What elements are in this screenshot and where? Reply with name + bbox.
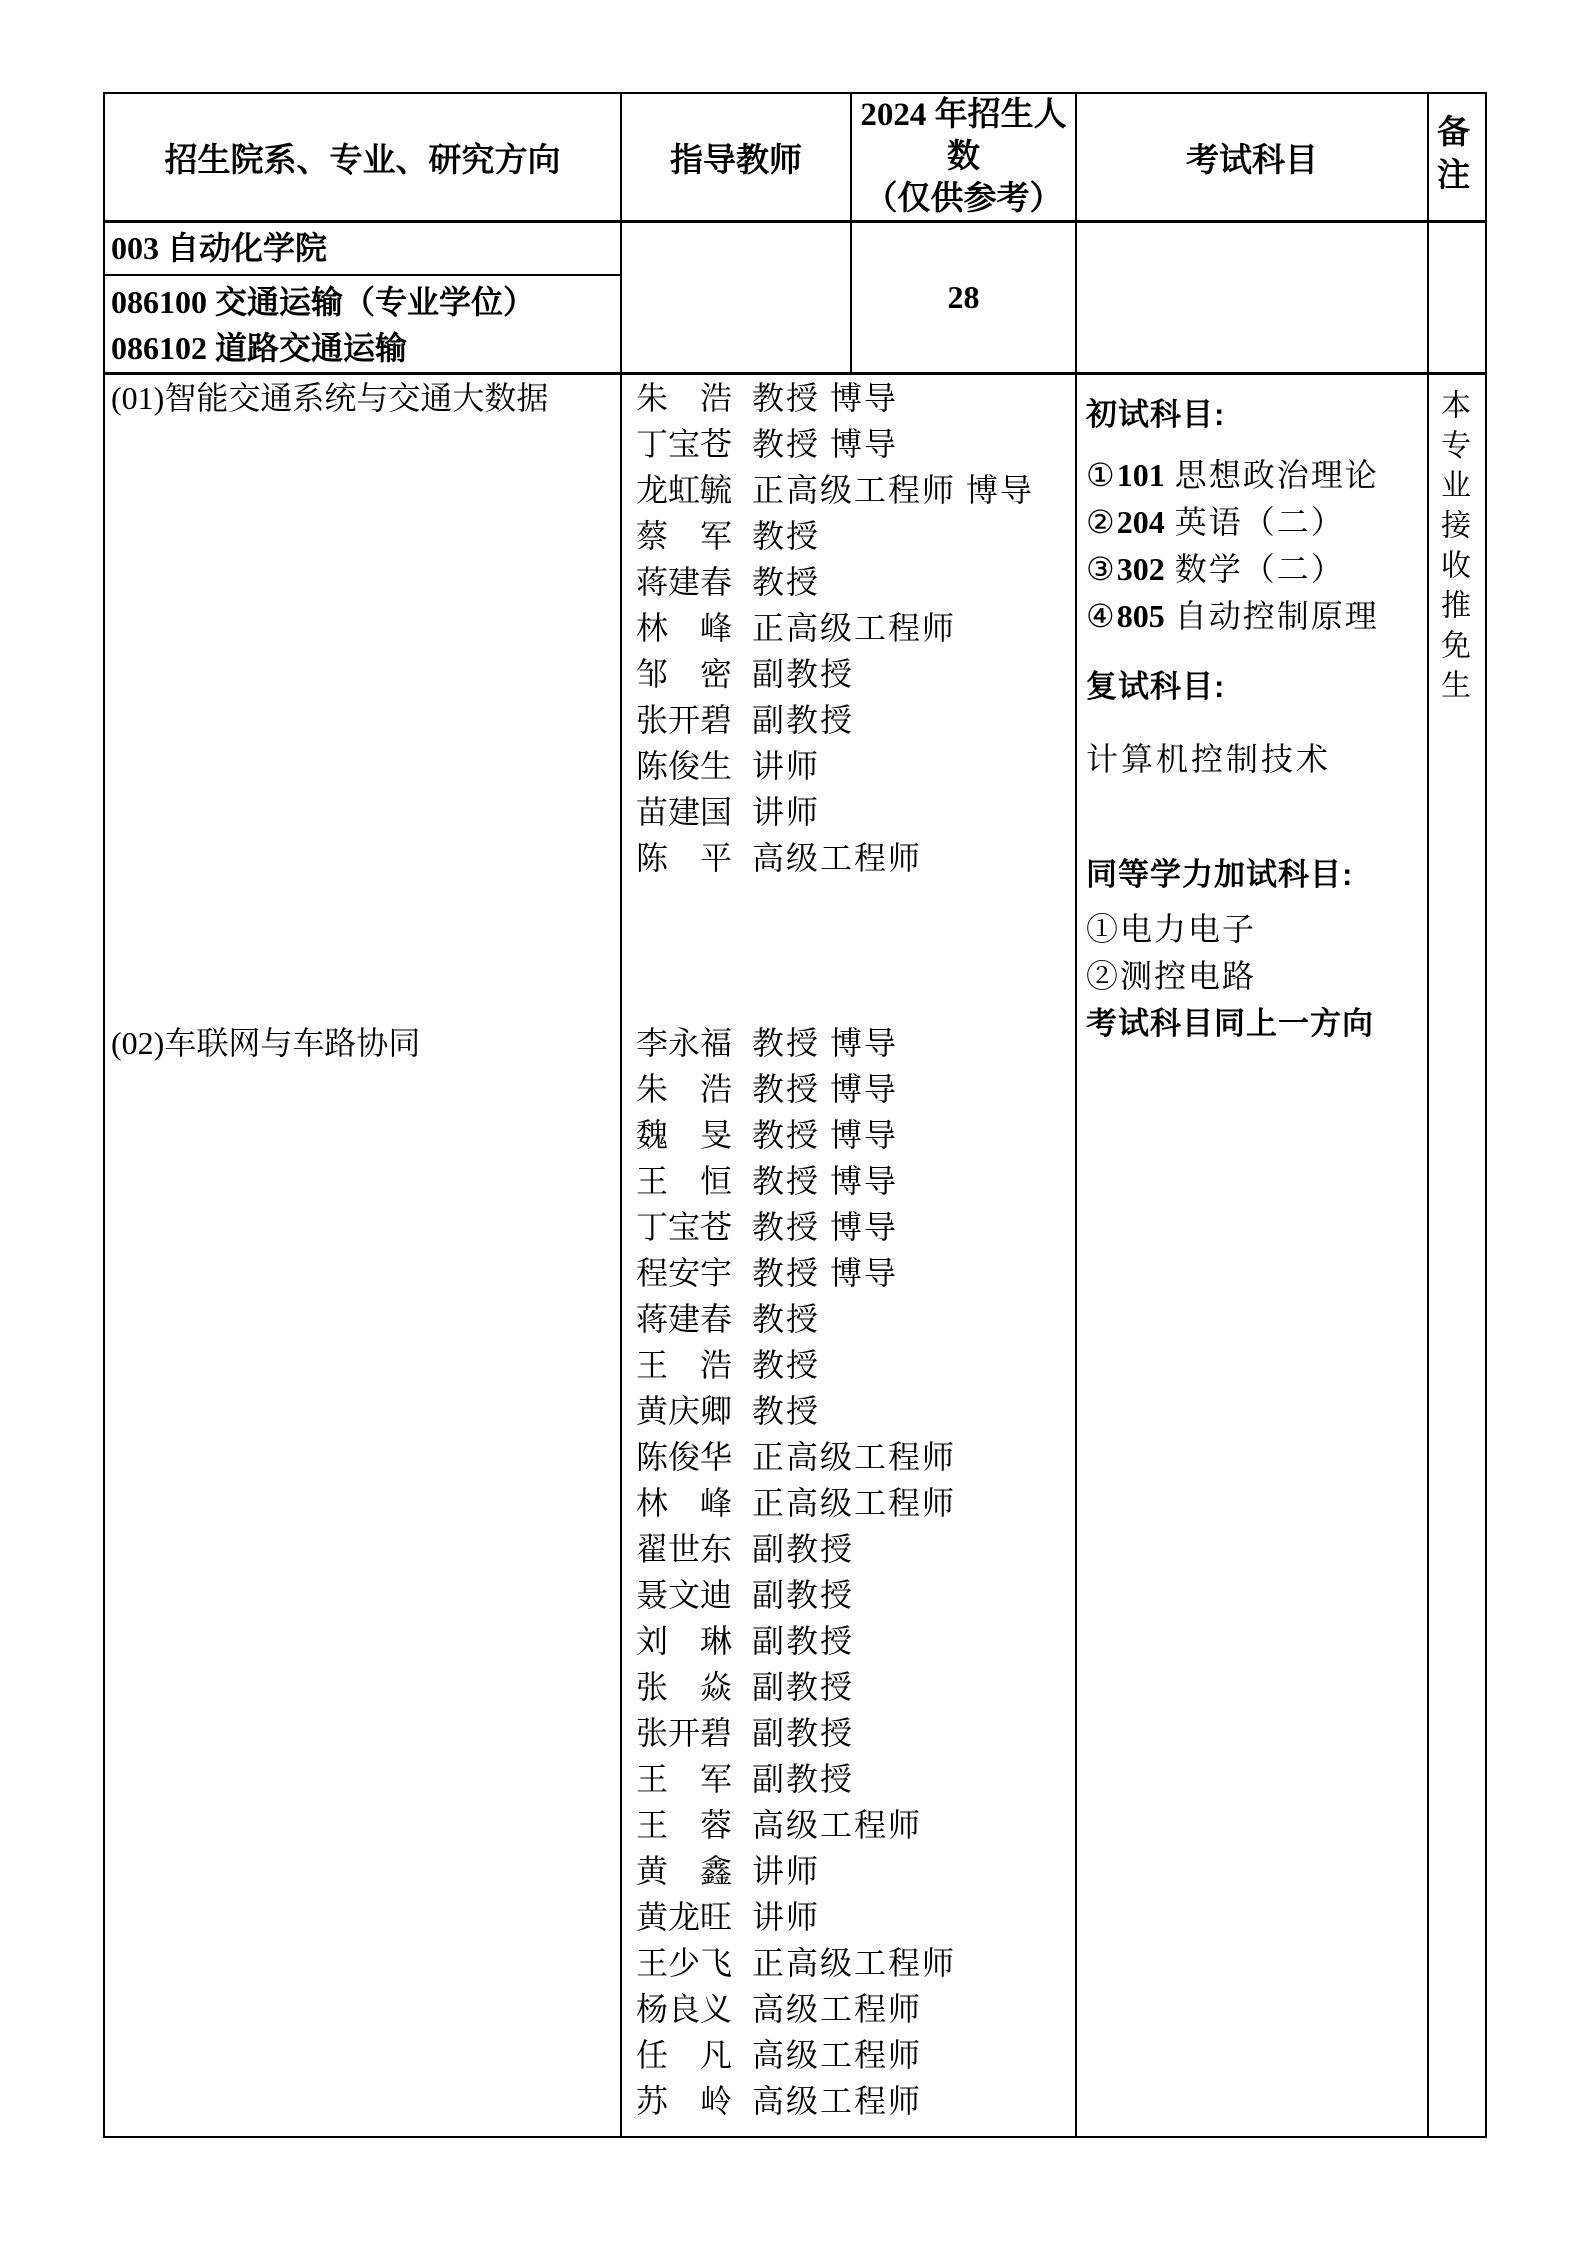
advisor-title: 教授 博导 [752, 1209, 898, 1245]
advisor-name: 林 峰 [636, 605, 736, 651]
advisor-name: 林 峰 [636, 1480, 736, 1526]
advisor-row: 王 蓉高级工程师 [636, 1802, 1075, 1848]
header-remarks-label: 备注 [1440, 114, 1474, 200]
exam-subject: ③302数学（二） [1086, 546, 1427, 593]
advisor-empty-cell [621, 222, 851, 374]
advisor-title: 正高级工程师 [752, 1945, 956, 1981]
advisor-title: 教授 博导 [752, 1255, 898, 1291]
subject-code: 302 [1117, 551, 1165, 587]
header-enrollment-line2: （仅供参考） [854, 178, 1073, 220]
subject-badge: ① [1086, 911, 1120, 947]
advisor-list-direction-02: 李永福教授 博导 朱 浩教授 博导 魏 旻教授 博导 王 恒教授 博导 [636, 1020, 1075, 2124]
advisor-name: 丁宝苍 [636, 421, 736, 467]
program-cell: 086100 交通运输（专业学位） 086102 道路交通运输 [104, 275, 621, 374]
advisor-row: 张开碧副教授 [636, 1710, 1075, 1756]
exam-empty-cell [1076, 222, 1428, 374]
subject-name: 思想政治理论 [1175, 457, 1379, 493]
table-header-row: 招生院系、专业、研究方向 指导教师 2024 年招生人数 （仅供参考） 考试科目… [104, 93, 1486, 222]
advisor-title: 教授 博导 [752, 1025, 898, 1061]
advisor-row: 魏 旻教授 博导 [636, 1112, 1075, 1158]
exam-subject: ①101思想政治理论 [1086, 452, 1427, 499]
advisor-name: 朱 浩 [636, 1066, 736, 1112]
advisor-title: 正高级工程师 [752, 1439, 956, 1475]
advisor-row: 蒋建春教授 [636, 1296, 1075, 1342]
equivalency-subject: ①电力电子 [1086, 906, 1427, 953]
advisor-name: 邹 密 [636, 651, 736, 697]
advisor-name: 朱 浩 [636, 375, 736, 421]
advisor-row: 李永福教授 博导 [636, 1020, 1075, 1066]
advisor-name: 黄庆卿 [636, 1388, 736, 1434]
retest-subject: 计算机控制技术 [1086, 736, 1427, 783]
advisor-row: 苏 岭高级工程师 [636, 2078, 1075, 2124]
advisor-row: 丁宝苍教授 博导 [636, 421, 1075, 467]
college-cell: 003 自动化学院 [104, 222, 621, 275]
advisor-title: 讲师 [752, 794, 820, 830]
advisor-title: 正高级工程师 [752, 1485, 956, 1521]
advisor-title: 讲师 [752, 1899, 820, 1935]
directions-row: (01)智能交通系统与交通大数据 (02)车联网与车路协同 朱 浩教授 博导 丁… [104, 374, 1486, 2137]
header-exam-subjects-label: 考试科目 [1186, 143, 1318, 179]
advisor-title: 副教授 [752, 656, 854, 692]
initial-exam-heading: 初试科目: [1086, 391, 1427, 438]
header-departments-majors-label: 招生院系、专业、研究方向 [165, 143, 561, 179]
advisor-row: 苗建国讲师 [636, 789, 1075, 835]
advisor-row: 王 恒教授 博导 [636, 1158, 1075, 1204]
advisor-title: 教授 [752, 1301, 820, 1337]
advisor-title: 教授 博导 [752, 1163, 898, 1199]
advisor-row: 黄庆卿教授 [636, 1388, 1075, 1434]
advisor-title: 正高级工程师 [752, 610, 956, 646]
advisor-title: 教授 博导 [752, 426, 898, 462]
advisor-row: 刘 琳副教授 [636, 1618, 1075, 1664]
advisor-row: 王少飞正高级工程师 [636, 1940, 1075, 1986]
advisor-title: 副教授 [752, 1577, 854, 1613]
advisor-row: 张 焱副教授 [636, 1664, 1075, 1710]
advisor-row: 聂文迪副教授 [636, 1572, 1075, 1618]
header-advisors-label: 指导教师 [670, 143, 802, 179]
advisor-name: 王少飞 [636, 1940, 736, 1986]
advisor-name: 程安宇 [636, 1250, 736, 1296]
advisor-row: 王 军副教授 [636, 1756, 1075, 1802]
same-as-above-note: 考试科目同上一方向 [1086, 1000, 1427, 1047]
subject-badge: ② [1086, 958, 1120, 994]
advisor-row: 王 浩教授 [636, 1342, 1075, 1388]
header-departments-majors: 招生院系、专业、研究方向 [104, 93, 621, 222]
direction-02: (02)车联网与车路协同 [111, 1020, 620, 1066]
program-line-086102: 086102 道路交通运输 [111, 325, 614, 371]
subject-badge: ② [1086, 504, 1117, 540]
advisor-row: 林 峰正高级工程师 [636, 1480, 1075, 1526]
advisor-name: 魏 旻 [636, 1112, 736, 1158]
advisor-title: 讲师 [752, 1853, 820, 1889]
header-remarks: 备注 [1428, 93, 1486, 222]
advisor-row: 蒋建春教授 [636, 559, 1075, 605]
subject-badge: ④ [1086, 598, 1117, 634]
header-enrollment-line1: 2024 年招生人数 [854, 94, 1073, 178]
advisor-title: 高级工程师 [752, 840, 922, 876]
subject-name: 测控电路 [1120, 958, 1256, 994]
advisor-name: 王 军 [636, 1756, 736, 1802]
advisor-name: 翟世东 [636, 1526, 736, 1572]
advisor-row: 林 峰正高级工程师 [636, 605, 1075, 651]
advisor-name: 黄龙旺 [636, 1894, 736, 1940]
subject-code: 805 [1117, 598, 1165, 634]
advisor-name: 蔡 军 [636, 513, 736, 559]
subject-name: 数学（二） [1175, 551, 1345, 587]
advisor-name: 张 焱 [636, 1664, 736, 1710]
advisor-name: 龙虹毓 [636, 467, 736, 513]
subject-name: 自动控制原理 [1175, 598, 1379, 634]
advisor-row: 邹 密副教授 [636, 651, 1075, 697]
exam-subjects-cell: 初试科目: ①101思想政治理论 ②204英语（二） ③302数学（二） [1076, 374, 1428, 2137]
advisor-row: 翟世东副教授 [636, 1526, 1075, 1572]
research-directions-cell: (01)智能交通系统与交通大数据 (02)车联网与车路协同 [104, 374, 621, 2137]
advisor-row: 任 凡高级工程师 [636, 2032, 1075, 2078]
advisor-title: 副教授 [752, 1531, 854, 1567]
advisor-title: 讲师 [752, 748, 820, 784]
advisor-name: 苗建国 [636, 789, 736, 835]
advisor-row: 陈俊生讲师 [636, 743, 1075, 789]
advisor-title: 正高级工程师 博导 [752, 472, 1034, 508]
advisor-name: 蒋建春 [636, 559, 736, 605]
admissions-table: 招生院系、专业、研究方向 指导教师 2024 年招生人数 （仅供参考） 考试科目… [103, 92, 1487, 2138]
advisor-title: 教授 博导 [752, 1071, 898, 1107]
advisor-name: 张开碧 [636, 1710, 736, 1756]
advisor-row: 程安宇教授 博导 [636, 1250, 1075, 1296]
enrollment-cell: 28 [851, 222, 1076, 374]
remark-empty-cell [1428, 222, 1486, 374]
advisors-cell: 朱 浩教授 博导 丁宝苍教授 博导 龙虹毓正高级工程师 博导 蔡 军教授 [621, 374, 1076, 2137]
exam-subject: ④805自动控制原理 [1086, 593, 1427, 640]
advisor-name: 张开碧 [636, 697, 736, 743]
exam-subject: ②204英语（二） [1086, 499, 1427, 546]
advisor-title: 副教授 [752, 1669, 854, 1705]
advisor-name: 王 浩 [636, 1342, 736, 1388]
advisor-name: 苏 岭 [636, 2078, 736, 2124]
advisor-title: 教授 [752, 518, 820, 554]
advisor-name: 任 凡 [636, 2032, 736, 2078]
advisor-name: 陈 平 [636, 835, 736, 881]
advisor-title: 教授 博导 [752, 380, 898, 416]
college-code-name: 003 自动化学院 [111, 230, 327, 266]
remark-cell: 本专业接收推免生 [1428, 374, 1486, 2137]
advisor-row: 黄 鑫讲师 [636, 1848, 1075, 1894]
header-exam-subjects: 考试科目 [1076, 93, 1428, 222]
advisor-name: 聂文迪 [636, 1572, 736, 1618]
header-advisors: 指导教师 [621, 93, 851, 222]
advisor-name: 蒋建春 [636, 1296, 736, 1342]
advisor-row: 朱 浩教授 博导 [636, 1066, 1075, 1112]
advisor-row: 朱 浩教授 博导 [636, 375, 1075, 421]
advisor-row: 龙虹毓正高级工程师 博导 [636, 467, 1075, 513]
advisor-name: 陈俊生 [636, 743, 736, 789]
subject-badge: ③ [1086, 551, 1117, 587]
subject-badge: ① [1086, 457, 1117, 493]
advisor-name: 刘 琳 [636, 1618, 736, 1664]
advisor-title: 教授 博导 [752, 1117, 898, 1153]
advisor-title: 高级工程师 [752, 2037, 922, 2073]
advisor-row: 陈 平高级工程师 [636, 835, 1075, 881]
equivalency-subject: ②测控电路 [1086, 953, 1427, 1000]
advisor-title: 副教授 [752, 1715, 854, 1751]
advisor-title: 副教授 [752, 1761, 854, 1797]
advisor-name: 丁宝苍 [636, 1204, 736, 1250]
advisor-title: 高级工程师 [752, 1991, 922, 2027]
subject-name: 英语（二） [1175, 504, 1345, 540]
advisor-row: 蔡 军教授 [636, 513, 1075, 559]
enrollment-count: 28 [948, 279, 980, 315]
advisor-row: 陈俊华正高级工程师 [636, 1434, 1075, 1480]
advisor-name: 杨良义 [636, 1986, 736, 2032]
advisor-title: 副教授 [752, 1623, 854, 1659]
advisor-row: 杨良义高级工程师 [636, 1986, 1075, 2032]
equivalency-subject-list: ①电力电子 ②测控电路 [1086, 906, 1427, 1000]
advisor-name: 陈俊华 [636, 1434, 736, 1480]
advisor-name: 王 蓉 [636, 1802, 736, 1848]
equivalency-heading: 同等学力加试科目: [1086, 851, 1427, 898]
advisor-title: 副教授 [752, 702, 854, 738]
direction-01: (01)智能交通系统与交通大数据 [111, 375, 620, 421]
advisor-name: 李永福 [636, 1020, 736, 1066]
subject-code: 101 [1117, 457, 1165, 493]
advisor-title: 高级工程师 [752, 1807, 922, 1843]
remark-text: 本专业接收推免生 [1440, 389, 1474, 709]
retest-heading: 复试科目: [1086, 663, 1427, 710]
subject-name: 电力电子 [1120, 911, 1256, 947]
advisor-title: 教授 [752, 564, 820, 600]
advisor-list-direction-01: 朱 浩教授 博导 丁宝苍教授 博导 龙虹毓正高级工程师 博导 蔡 军教授 [636, 375, 1075, 881]
subject-code: 204 [1117, 504, 1165, 540]
advisor-title: 高级工程师 [752, 2083, 922, 2119]
advisor-title: 教授 [752, 1347, 820, 1383]
advisor-title: 教授 [752, 1393, 820, 1429]
initial-exam-subject-list: ①101思想政治理论 ②204英语（二） ③302数学（二） ④805自动控制原… [1086, 452, 1427, 640]
advisor-name: 黄 鑫 [636, 1848, 736, 1894]
advisor-row: 黄龙旺讲师 [636, 1894, 1075, 1940]
college-row: 003 自动化学院 28 [104, 222, 1486, 275]
header-enrollment: 2024 年招生人数 （仅供参考） [851, 93, 1076, 222]
advisor-name: 王 恒 [636, 1158, 736, 1204]
advisor-row: 张开碧副教授 [636, 697, 1075, 743]
advisor-row: 丁宝苍教授 博导 [636, 1204, 1075, 1250]
program-line-086100: 086100 交通运输（专业学位） [111, 279, 614, 325]
